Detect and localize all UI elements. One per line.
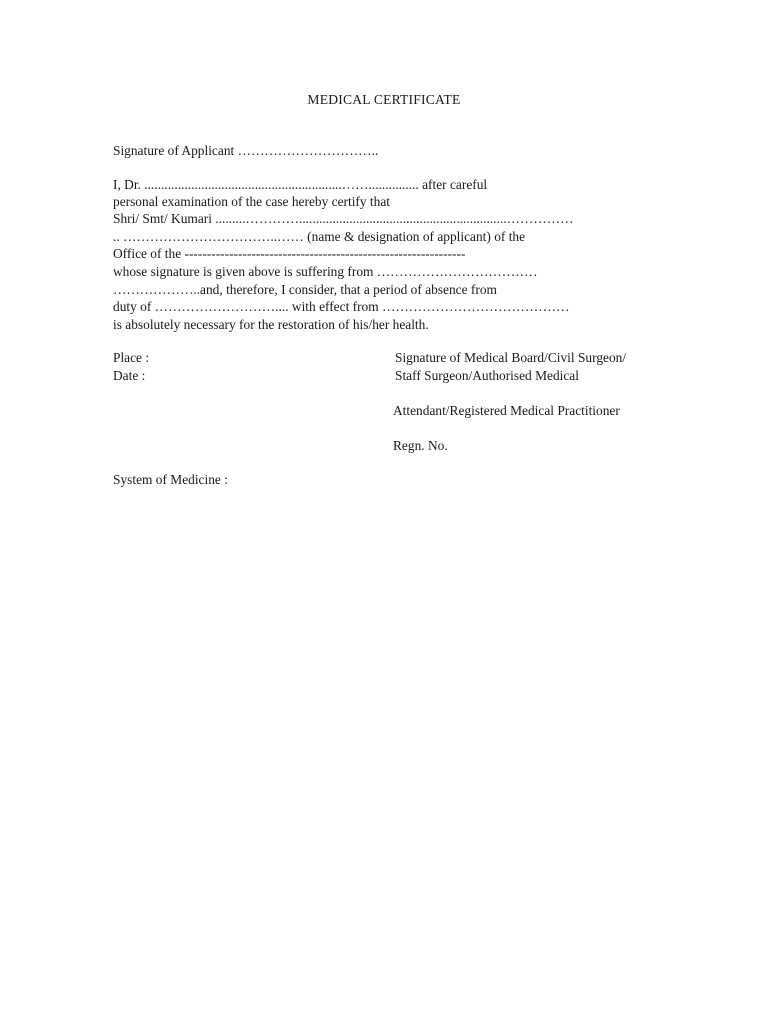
certification-line-4: .. ……………………………..…… (name & designation o… <box>113 229 525 245</box>
system-of-medicine-label: System of Medicine : <box>113 472 228 488</box>
document-page: MEDICAL CERTIFICATE Signature of Applica… <box>0 0 768 1024</box>
signatory-line-1: Signature of Medical Board/Civil Surgeon… <box>395 350 626 366</box>
certification-line-8: duty of ……………………….... with effect from …… <box>113 299 569 315</box>
attendant-line: Attendant/Registered Medical Practitione… <box>393 403 620 419</box>
certification-line-3: Shri/ Smt/ Kumari .........………….........… <box>113 211 574 227</box>
date-label: Date : <box>113 368 145 384</box>
document-title: MEDICAL CERTIFICATE <box>0 92 768 108</box>
signature-of-applicant-field: Signature of Applicant ………………………….. <box>113 143 378 159</box>
certification-line-5: Office of the --------------------------… <box>113 246 465 262</box>
regn-no-label: Regn. No. <box>393 438 448 454</box>
certification-line-6: whose signature is given above is suffer… <box>113 264 537 280</box>
certification-line-9: is absolutely necessary for the restorat… <box>113 317 429 333</box>
certification-line-7: ………………..and, therefore, I consider, that… <box>113 282 497 298</box>
place-label: Place : <box>113 350 149 366</box>
signatory-line-2: Staff Surgeon/Authorised Medical <box>395 368 579 384</box>
certification-line-1: I, Dr. .................................… <box>113 177 487 193</box>
certification-line-2: personal examination of the case hereby … <box>113 194 390 210</box>
